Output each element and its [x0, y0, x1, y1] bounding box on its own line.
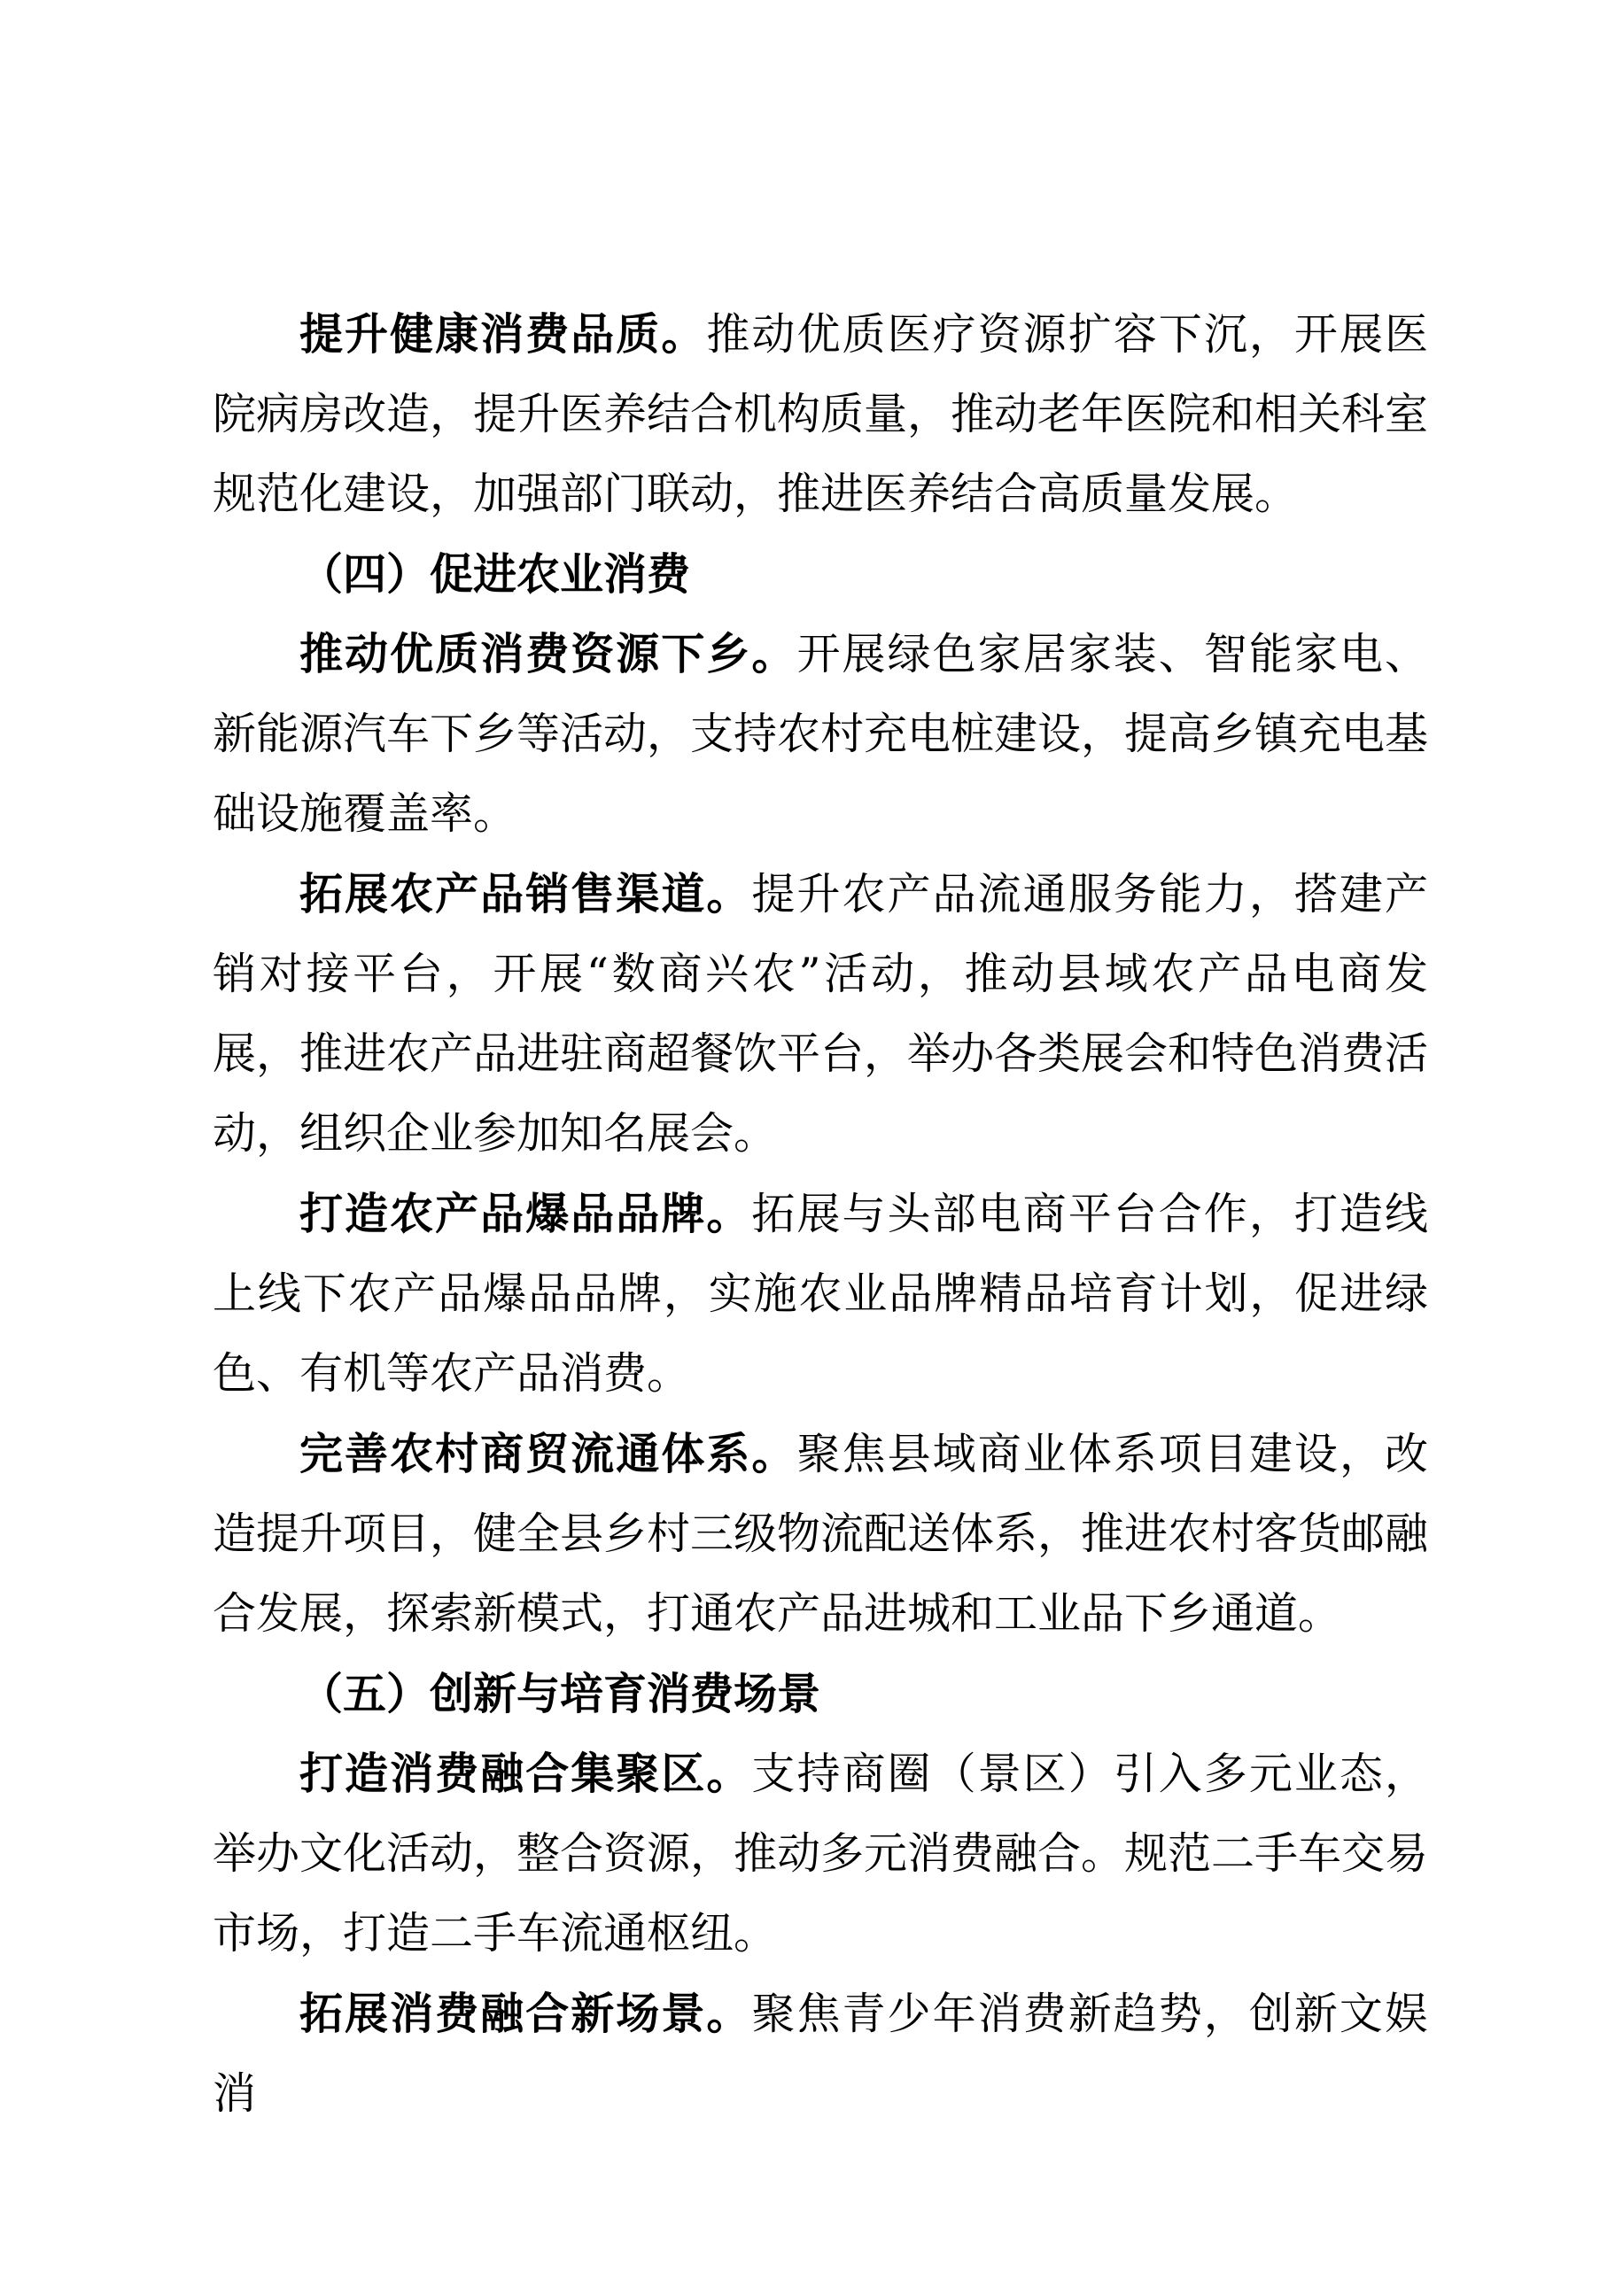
paragraph-lead: 打造消费融合集聚区。 [299, 1748, 751, 1799]
section-heading-label: （四）促进农业消费 [299, 548, 690, 600]
paragraph-lead: 拓展消费融合新场景。 [299, 1988, 751, 2039]
paragraph: 拓展农产品销售渠道。提升农产品流通服务能力，搭建产销对接平台，开展“数商兴农”活… [213, 854, 1428, 1174]
paragraph: 推动优质消费资源下乡。开展绿色家居家装、智能家电、新能源汽车下乡等活动，支持农村… [213, 614, 1428, 854]
paragraph-lead: 提升健康消费品质。 [299, 308, 706, 360]
document-content: 提升健康消费品质。推动优质医疗资源扩容下沉，开展医院病房改造，提升医养结合机构质… [213, 294, 1428, 2134]
document-page: 提升健康消费品质。推动优质医疗资源扩容下沉，开展医院病房改造，提升医养结合机构质… [0, 0, 1623, 2296]
paragraph: 完善农村商贸流通体系。聚焦县域商业体系项目建设，改造提升项目，健全县乡村三级物流… [213, 1414, 1428, 1654]
paragraph-lead: 完善农村商贸流通体系。 [299, 1428, 796, 1479]
paragraph: 提升健康消费品质。推动优质医疗资源扩容下沉，开展医院病房改造，提升医养结合机构质… [213, 294, 1428, 534]
paragraph-lead: 推动优质消费资源下乡。 [299, 628, 796, 679]
section-heading: （四）促进农业消费 [213, 534, 1428, 614]
paragraph-lead: 打造农产品爆品品牌。 [299, 1188, 751, 1239]
section-heading-label: （五）创新与培育消费场景 [299, 1668, 820, 1719]
paragraph: 拓展消费融合新场景。聚焦青少年消费新趋势，创新文娱消 [213, 1974, 1428, 2134]
paragraph: 打造农产品爆品品牌。拓展与头部电商平台合作，打造线上线下农产品爆品品牌，实施农业… [213, 1174, 1428, 1414]
paragraph-lead: 拓展农产品销售渠道。 [299, 868, 751, 919]
section-heading: （五）创新与培育消费场景 [213, 1654, 1428, 1734]
paragraph: 打造消费融合集聚区。支持商圈（景区）引入多元业态，举办文化活动，整合资源，推动多… [213, 1734, 1428, 1974]
